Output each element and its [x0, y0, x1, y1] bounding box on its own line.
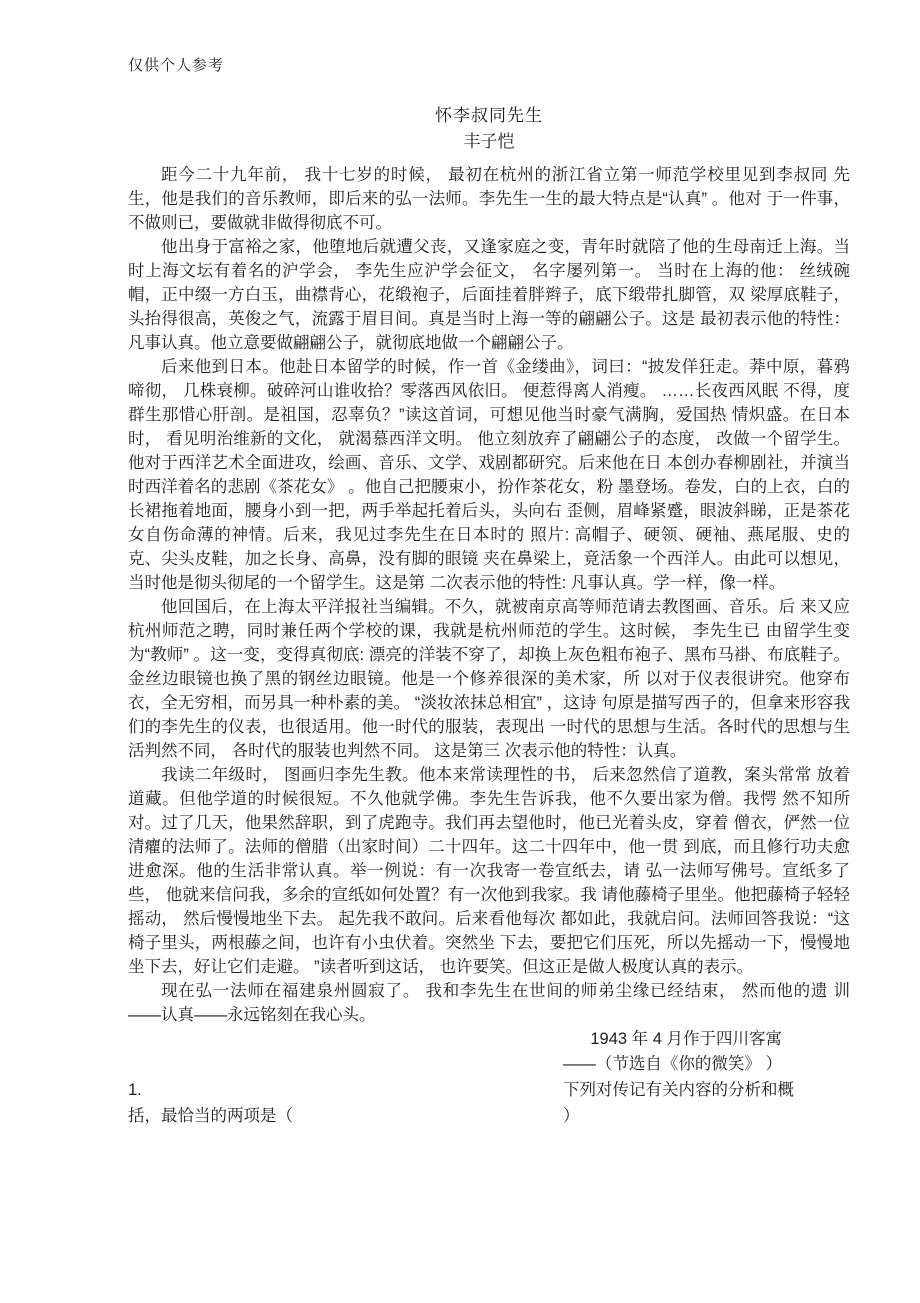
source-attribution: ——（节选自《你的微笑》 ）	[128, 1052, 850, 1077]
document-page: 仅供个人参考 怀李叔同先生 丰子恺 距今二十九年前， 我十七岁的时候， 最初在杭…	[0, 0, 920, 1303]
essay-paragraph-1: 距今二十九年前， 我十七岁的时候， 最初在杭州的浙江省立第一师范学校里见到李叔同…	[128, 163, 850, 235]
essay-title: 怀李叔同先生	[128, 104, 850, 128]
essay-paragraph-6: 现在弘一法师在福建泉州圆寂了。 我和李先生在世间的师弟尘缘已经结束， 然而他的遗…	[128, 979, 850, 1027]
essay-paragraph-4: 他回国后，在上海太平洋报社当编辑。不久，就被南京高等师范请去教图画、音乐。后 来…	[128, 595, 850, 763]
question-close-paren: ）	[563, 1103, 850, 1129]
essay-author: 丰子恺	[128, 130, 850, 154]
question-row-2: 括，最恰当的两项是（ ）	[128, 1103, 850, 1129]
question-stem-line1: 下列对传记有关内容的分析和概	[563, 1077, 850, 1103]
essay-paragraph-3: 后来他到日本。他赴日本留学的时候，作一首《金缕曲》，词曰：“披发佯狂走。莽中原，…	[128, 355, 850, 595]
question-stem-line2: 括，最恰当的两项是（	[128, 1103, 563, 1129]
watermark-note: 仅供个人参考	[128, 56, 850, 76]
question-number: 1.	[128, 1077, 563, 1103]
composition-date: 1943 年 4 月作于四川客寓	[128, 1027, 850, 1052]
question-row-1: 1. 下列对传记有关内容的分析和概	[128, 1077, 850, 1103]
essay-paragraph-2: 他出身于富裕之家，他堕地后就遭父丧，又逢家庭之变，青年时就陪了他的生母南迁上海。…	[128, 235, 850, 355]
essay-paragraph-5: 我读二年级时， 图画归李先生教。他本来常读理性的书， 后来忽然信了道教，案头常常…	[128, 763, 850, 979]
